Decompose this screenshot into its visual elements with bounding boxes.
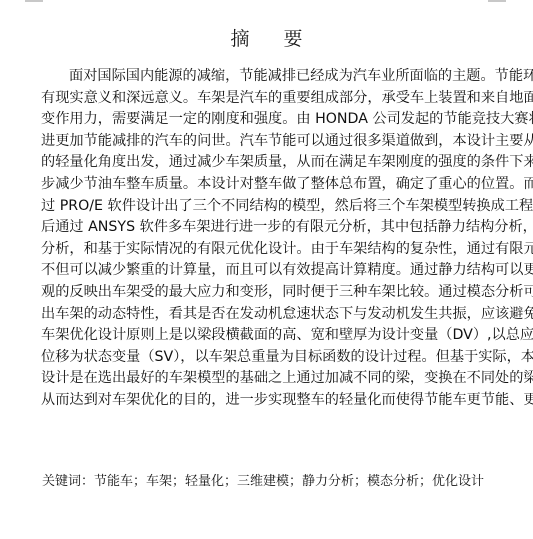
abstract-line: 出车架的动态特性，看其是否在发动机怠速状态下与发动机发生共振，应该避免共振。 (41, 304, 493, 326)
keywords-label: 关键词： (42, 474, 94, 489)
abstract-line: 步减少节油车整车质量。本设计对整车做了整体总布置，确定了重心的位置。而且通 (41, 174, 493, 196)
abstract-line: 变作用力，需要满足一定的刚度和强度。由 HONDA 公司发起的节能竞技大赛将会促 (41, 109, 493, 131)
keywords-list: 节能车；车架；轻量化；三维建模；静力分析；模态分析；优化设计 (94, 474, 484, 489)
abstract-line: 进更加节能减排的汽车的问世。汽车节能可以通过很多渠道做到，本设计主要从车辆 (41, 131, 493, 153)
page-corner-mark-right (488, 0, 506, 2)
abstract-body: 面对国际国内能源的减缩，节能减排已经成为汽车业所面临的主题。节能环保具 有现实意… (41, 66, 493, 412)
abstract-line: 不但可以减少繁重的计算量，而且可以有效提高计算精度。通过静力结构可以更为直 (41, 260, 493, 282)
abstract-line: 后通过 ANSYS 软件多车架进行进一步的有限元分析，其中包括静力结构分析，模态 (41, 217, 493, 239)
abstract-line: 从而达到对车架优化的目的，进一步实现整车的轻量化而使得节能车更节能、更环保。 (41, 390, 493, 412)
abstract-line: 有现实意义和深远意义。车架是汽车的重要组成部分，承受车上装置和来自地面的交 (41, 88, 493, 110)
abstract-line: 观的反映出车架受的最大应力和变形，同时便于三种车架比较。通过模态分析可以看 (41, 282, 493, 304)
abstract-line: 分析，和基于实际情况的有限元优化设计。由于车架结构的复杂性，通过有限元软件 (41, 239, 493, 261)
abstract-line: 面对国际国内能源的减缩，节能减排已经成为汽车业所面临的主题。节能环保具 (41, 66, 493, 88)
title-char-2: 要 (284, 24, 303, 51)
abstract-line: 过 PRO/E 软件设计出了三个不同结构的模型，然后将三个车架模型转换成工程图。… (41, 196, 493, 218)
page-title: 摘要 (0, 24, 533, 51)
abstract-line: 位移为状态变量（SV），以车架总重量为目标函数的设计过程。但基于实际，本优化 (41, 347, 493, 369)
abstract-line: 车架优化设计原则上是以梁段横截面的高、宽和壁厚为设计变量（DV）,以总应力和 (41, 325, 493, 347)
keywords-line: 关键词：节能车；车架；轻量化；三维建模；静力分析；模态分析；优化设计 (42, 470, 484, 489)
page-corner-mark-left (25, 0, 43, 2)
title-char-1: 摘 (230, 24, 249, 51)
abstract-line: 设计是在选出最好的车架模型的基础之上通过加减不同的梁，变换在不同处的梁截面， (41, 368, 493, 390)
abstract-line: 的轻量化角度出发，通过减少车架质量，从而在满足车架刚度的强度的条件下来进一 (41, 152, 493, 174)
